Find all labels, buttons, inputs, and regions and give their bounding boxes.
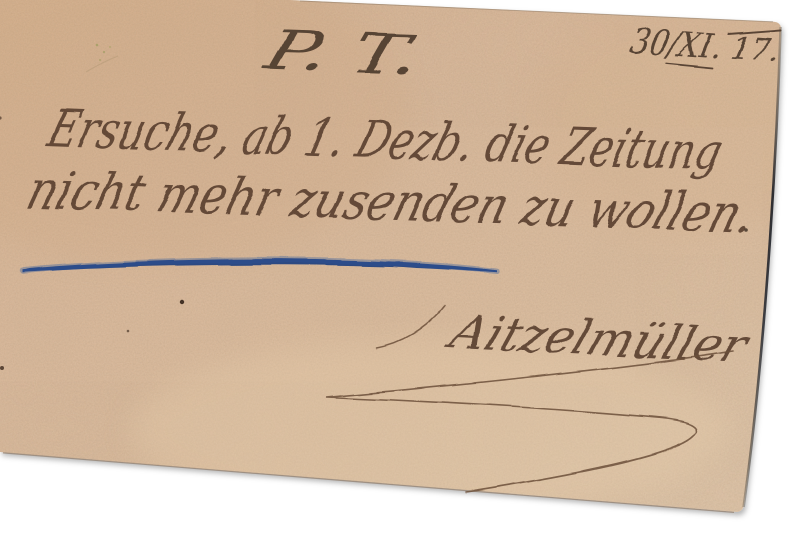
salutation-text: P. T.: [257, 18, 428, 86]
scanned-postcard-page: P. T. 30/XI. 17. Ersuche, ab 1. Dezb. di…: [0, 0, 800, 534]
postcard-scan-image: P. T. 30/XI. 17. Ersuche, ab 1. Dezb. di…: [0, 0, 800, 534]
